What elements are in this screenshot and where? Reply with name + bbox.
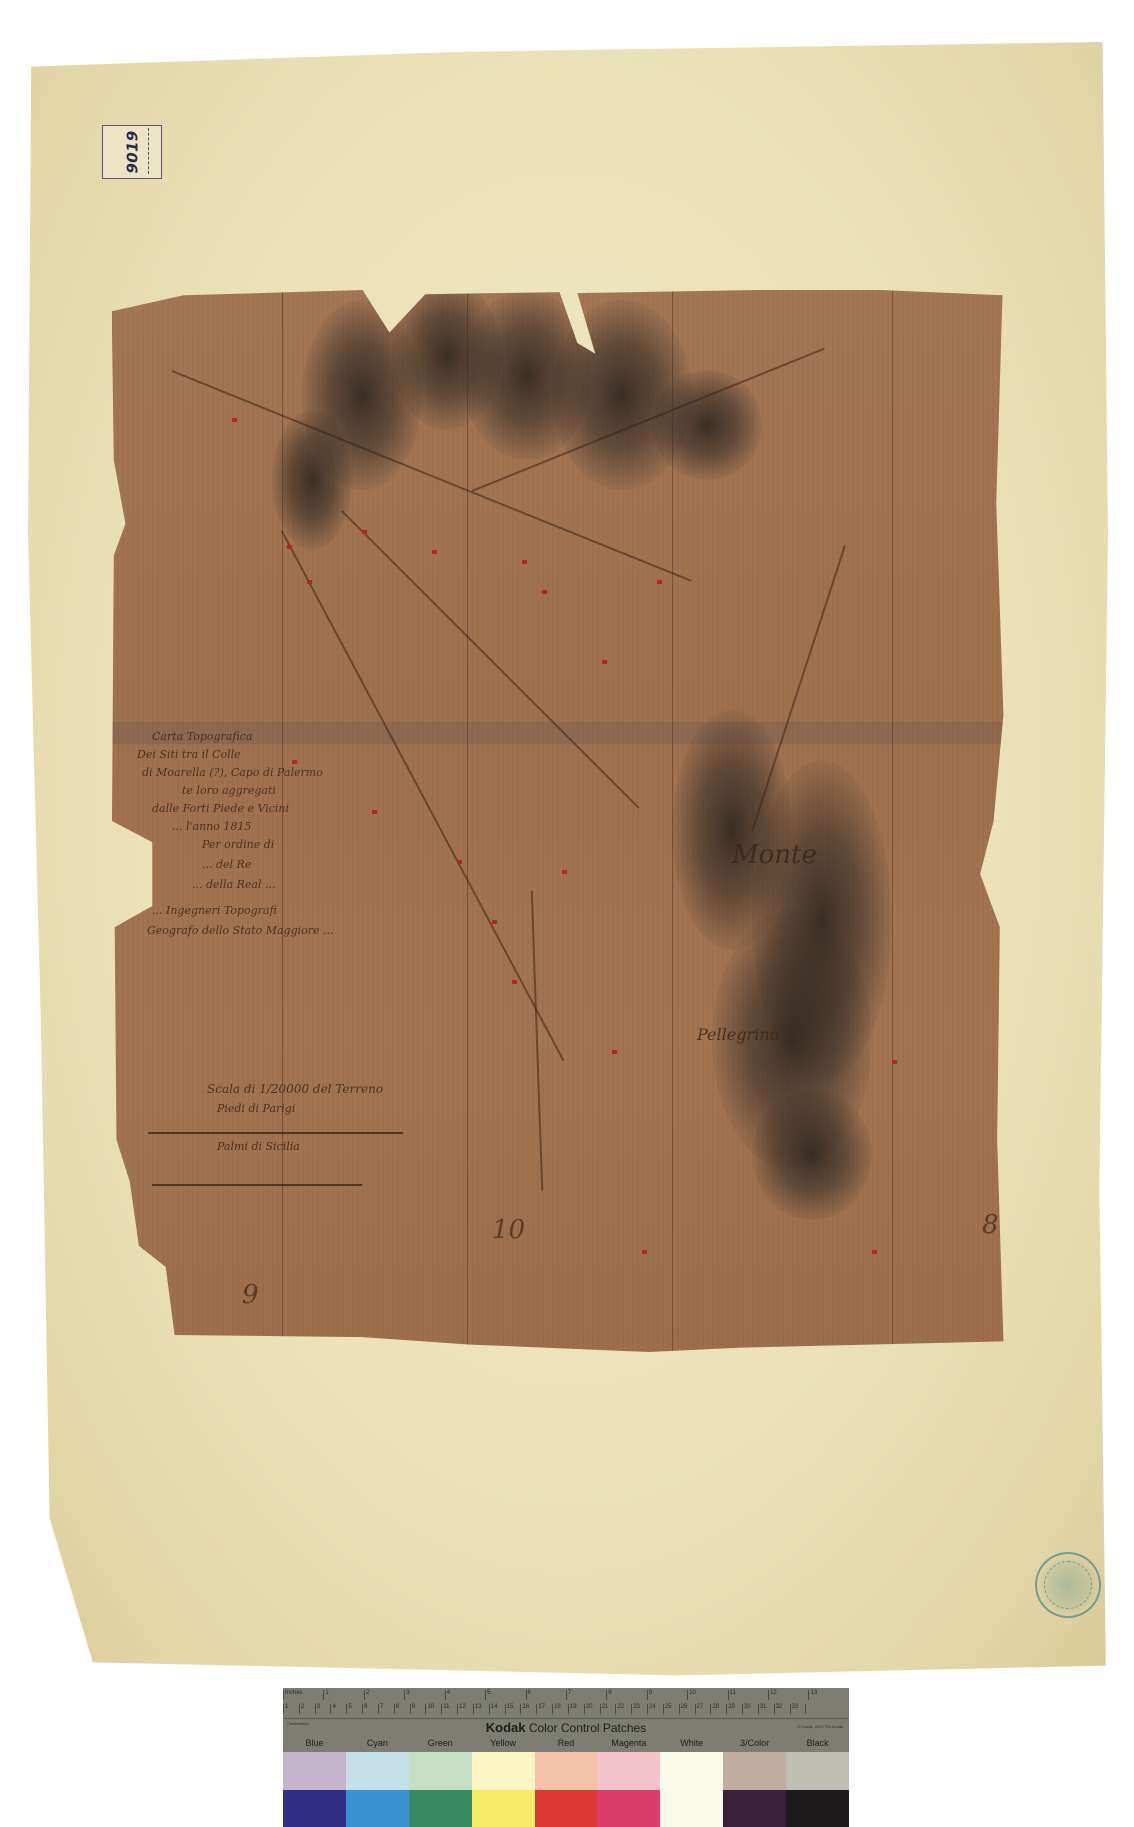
settlement-marker <box>492 920 497 924</box>
cm-scale: 1 2 3 4 5 6 7 8 9 10 11 12 13 14 15 16 1… <box>283 1704 849 1714</box>
tick: 17 <box>536 1704 552 1714</box>
title-line: di Moarella (?), Capo di Palermo <box>142 766 323 779</box>
road <box>341 510 639 808</box>
tick: 12 <box>457 1704 473 1714</box>
tick: 27 <box>695 1704 711 1714</box>
tick: 28 <box>710 1704 726 1714</box>
patch-green <box>409 1752 472 1827</box>
tick: 15 <box>505 1704 521 1714</box>
tick: 12 <box>768 1690 808 1700</box>
settlement-marker <box>292 760 297 764</box>
settlement-marker <box>657 580 662 584</box>
settlement-marker <box>522 560 527 564</box>
settlement-marker <box>642 1250 647 1254</box>
settlement-marker <box>457 860 462 864</box>
title-line: ... Ingegneri Topografi <box>152 904 277 917</box>
tick: 26 <box>679 1704 695 1714</box>
tick: 3 <box>404 1690 444 1700</box>
tick: 9 <box>647 1690 687 1700</box>
library-seal <box>1035 1552 1101 1618</box>
road <box>281 530 564 1060</box>
section-number: 9 <box>242 1280 259 1310</box>
tick: 7 <box>566 1690 606 1700</box>
settlement-marker <box>872 1250 877 1254</box>
tick: 1 <box>283 1704 299 1714</box>
tick: 30 <box>742 1704 758 1714</box>
patch-3color <box>723 1752 786 1827</box>
tick: 7 <box>378 1704 394 1714</box>
color-swatch <box>409 1752 472 1790</box>
patch-cyan <box>346 1752 409 1827</box>
road <box>531 891 543 1191</box>
title-line: Dei Siti tra il Colle <box>137 748 241 761</box>
archive-stamp-number: 9019 <box>123 131 141 174</box>
color-swatch <box>409 1790 472 1827</box>
scale-title: Scala di 1/20000 del Terreno <box>207 1082 383 1096</box>
tick: 4 <box>445 1690 485 1700</box>
tick: 10 <box>425 1704 441 1714</box>
tick: 4 <box>330 1704 346 1714</box>
title-line: ... l'anno 1815 <box>172 820 251 833</box>
color-swatch <box>346 1790 409 1827</box>
settlement-marker <box>892 1060 897 1064</box>
tick: 31 <box>758 1704 774 1714</box>
patch-label-green: Green <box>409 1738 472 1748</box>
settlement-marker <box>562 870 567 874</box>
title-line: Per ordine di <box>202 838 274 851</box>
tick: 2 <box>299 1704 315 1714</box>
tick: 8 <box>606 1690 646 1700</box>
patch-label-magenta: Magenta <box>597 1738 660 1748</box>
label-pellegrino: Pellegrino <box>697 1025 779 1044</box>
title-line: dalle Forti Piede e Vicini <box>152 802 289 815</box>
archive-stamp-lines <box>148 128 159 174</box>
color-swatch <box>535 1752 598 1790</box>
patch-labels: Blue Cyan Green Yellow Red Magenta White… <box>283 1738 849 1748</box>
mountain-shading <box>272 410 352 550</box>
kodak-copyright: © Kodak, 2007 TM Kodak <box>797 1724 843 1729</box>
patch-red <box>535 1752 598 1827</box>
scale-label-palmi: Palmi di Sicilia <box>217 1140 300 1153</box>
kodak-title-text: Color Control Patches <box>529 1721 646 1735</box>
patch-label-yellow: Yellow <box>472 1738 535 1748</box>
patch-label-black: Black <box>786 1738 849 1748</box>
label-monte: Monte <box>732 840 817 870</box>
color-swatch <box>660 1790 723 1827</box>
patch-blue <box>283 1752 346 1827</box>
grid-line <box>467 290 468 1352</box>
color-swatch <box>723 1790 786 1827</box>
tick: 18 <box>552 1704 568 1714</box>
ruler: Inches 1 2 3 4 5 6 7 8 9 10 11 12 13 1 2… <box>283 1688 849 1719</box>
tick: 3 <box>315 1704 331 1714</box>
color-swatch <box>723 1752 786 1790</box>
topographic-map: Monte Pellegrino Carta Topografica Dei S… <box>112 290 1007 1352</box>
tick: 22 <box>615 1704 631 1714</box>
settlement-marker <box>612 1050 617 1054</box>
tick: 11 <box>728 1690 768 1700</box>
kodak-brand: Kodak <box>486 1720 526 1735</box>
tick: 25 <box>663 1704 679 1714</box>
patch-label-red: Red <box>535 1738 598 1748</box>
tick: 20 <box>584 1704 600 1714</box>
settlement-marker <box>542 590 547 594</box>
tick: 33 <box>790 1704 806 1714</box>
tick: 9 <box>410 1704 426 1714</box>
settlement-marker <box>307 580 312 584</box>
color-swatch <box>660 1752 723 1790</box>
color-patches <box>283 1752 849 1827</box>
color-swatch <box>597 1752 660 1790</box>
tick: 2 <box>364 1690 404 1700</box>
settlement-marker <box>602 660 607 664</box>
patch-label-cyan: Cyan <box>346 1738 409 1748</box>
title-line: ... della Real ... <box>192 878 275 891</box>
patch-magenta <box>597 1752 660 1827</box>
section-number: 8 <box>982 1210 999 1240</box>
patch-label-3color: 3/Color <box>723 1738 786 1748</box>
tick: 23 <box>631 1704 647 1714</box>
settlement-marker <box>372 810 377 814</box>
tick-spacer <box>805 1704 849 1714</box>
title-line: Geografo dello Stato Maggiore ... <box>147 924 334 937</box>
settlement-marker <box>512 980 517 984</box>
mountain-shading <box>752 1090 872 1220</box>
grid-line <box>892 290 893 1352</box>
tick: 13 <box>808 1690 848 1700</box>
patch-label-white: White <box>660 1738 723 1748</box>
tick: 13 <box>473 1704 489 1714</box>
tick: 14 <box>489 1704 505 1714</box>
tick: 21 <box>600 1704 616 1714</box>
color-swatch <box>472 1752 535 1790</box>
color-swatch <box>786 1752 849 1790</box>
tick: 24 <box>647 1704 663 1714</box>
settlement-marker <box>432 550 437 554</box>
color-swatch <box>472 1790 535 1827</box>
tick: 8 <box>394 1704 410 1714</box>
kodak-color-target: Inches 1 2 3 4 5 6 7 8 9 10 11 12 13 1 2… <box>283 1688 849 1827</box>
inch-label: Inches <box>283 1690 323 1700</box>
tick: 6 <box>362 1704 378 1714</box>
patch-label-blue: Blue <box>283 1738 346 1748</box>
tick: 11 <box>441 1704 457 1714</box>
patch-white <box>660 1752 723 1827</box>
tick: 6 <box>526 1690 566 1700</box>
color-swatch <box>597 1790 660 1827</box>
tick: 16 <box>520 1704 536 1714</box>
settlement-marker <box>362 530 367 534</box>
tick: 10 <box>687 1690 727 1700</box>
tick: 5 <box>346 1704 362 1714</box>
tick: 32 <box>774 1704 790 1714</box>
scale-label-piedi: Piedi di Parigi <box>217 1102 295 1115</box>
color-swatch <box>786 1790 849 1827</box>
settlement-marker <box>232 418 237 422</box>
mountain-shading <box>652 370 762 480</box>
title-line: te loro aggregati <box>182 784 276 797</box>
tick: 1 <box>323 1690 363 1700</box>
section-number: 10 <box>492 1215 525 1245</box>
settlement-marker <box>287 545 292 549</box>
scale-bar <box>152 1184 362 1186</box>
color-swatch <box>283 1790 346 1827</box>
color-swatch <box>535 1790 598 1827</box>
inch-scale: Inches 1 2 3 4 5 6 7 8 9 10 11 12 13 <box>283 1690 849 1700</box>
patch-black <box>786 1752 849 1827</box>
tick: 5 <box>485 1690 525 1700</box>
tick: 29 <box>726 1704 742 1714</box>
title-line: Carta Topografica <box>152 730 252 743</box>
patch-yellow <box>472 1752 535 1827</box>
color-swatch <box>346 1752 409 1790</box>
tick: 19 <box>568 1704 584 1714</box>
scale-bar <box>148 1132 403 1134</box>
kodak-title: Kodak Color Control Patches <box>283 1720 849 1735</box>
color-swatch <box>283 1752 346 1790</box>
title-line: ... del Re <box>202 858 251 871</box>
